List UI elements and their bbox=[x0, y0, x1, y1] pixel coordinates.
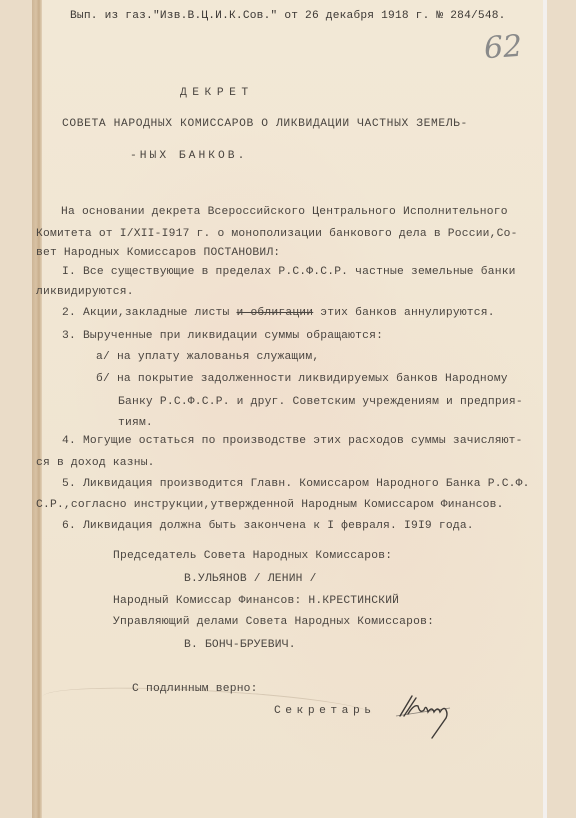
clause-6: 6. Ликвидация должна быть закончена к I … bbox=[62, 519, 474, 533]
clause-3: 3. Вырученные при ликвидации суммы обращ… bbox=[62, 329, 383, 343]
clause-3a: а/ на уплату жалованья служащим, bbox=[96, 350, 319, 364]
chair-name: В.УЛЬЯНОВ / ЛЕНИН / bbox=[184, 572, 317, 586]
clause-2-before: 2. Акции,закладные листы bbox=[62, 307, 236, 319]
preamble-line-3: вет Народных Комиссаров ПОСТАНОВИЛ: bbox=[36, 246, 280, 260]
finance-commissar: Народный Комиссар Финансов: Н.КРЕСТИНСКИ… bbox=[113, 594, 399, 608]
document-title-line-2: -НЫХ БАНКОВ. bbox=[130, 149, 247, 163]
true-copy-note: С подлинным верно: bbox=[132, 682, 258, 696]
manager-title: Управляющий делами Совета Народных Комис… bbox=[113, 615, 434, 629]
document-title-line-1: СОВЕТА НАРОДНЫХ КОМИССАРОВ О ЛИКВИДАЦИИ … bbox=[62, 117, 468, 131]
page-binding bbox=[32, 0, 42, 818]
clause-4-line-1: 4. Могущие остаться по производстве этих… bbox=[62, 434, 523, 448]
clause-3b-line-2: Банку Р.С.Ф.С.Р. и друг. Советским учреж… bbox=[118, 395, 523, 409]
clause-1-line-1: I. Все существующие в пределах Р.С.Ф.С.Р… bbox=[62, 265, 516, 279]
manager-name: В. БОНЧ-БРУЕВИЧ. bbox=[184, 638, 296, 652]
preamble-line-1: На основании декрета Всероссийского Цент… bbox=[61, 205, 508, 219]
preamble-line-2: Комитета от I/XII-I917 г. о монополизаци… bbox=[36, 227, 518, 241]
secretary-label: Секретарь bbox=[274, 704, 376, 718]
clause-2: 2. Акции,закладные листы и облигации эти… bbox=[62, 306, 495, 320]
clause-3b-line-3: тиям. bbox=[118, 416, 153, 430]
page-edge bbox=[543, 0, 547, 818]
archive-page-number: 62 bbox=[483, 29, 524, 67]
source-line: Вып. из газ."Изв.В.Ц.И.К.Сов." от 26 дек… bbox=[70, 9, 506, 23]
clause-2-struck-text: и облигации bbox=[236, 307, 313, 319]
clause-5-line-2: С.Р.,согласно инструкции,утвержденной На… bbox=[36, 498, 504, 512]
clause-2-after: этих банков аннулируются. bbox=[313, 307, 494, 319]
clause-4-line-2: ся в доход казны. bbox=[36, 456, 155, 470]
document-heading: ДЕКРЕТ bbox=[180, 86, 254, 100]
clause-5-line-1: 5. Ликвидация производится Главн. Комисс… bbox=[62, 477, 530, 491]
clause-1-line-2: ликвидируются. bbox=[36, 285, 134, 299]
clause-3b-line-1: б/ на покрытие задолженности ликвидируем… bbox=[96, 372, 508, 386]
chair-title: Председатель Совета Народных Комиссаров: bbox=[113, 549, 392, 563]
signature-icon bbox=[392, 692, 462, 742]
